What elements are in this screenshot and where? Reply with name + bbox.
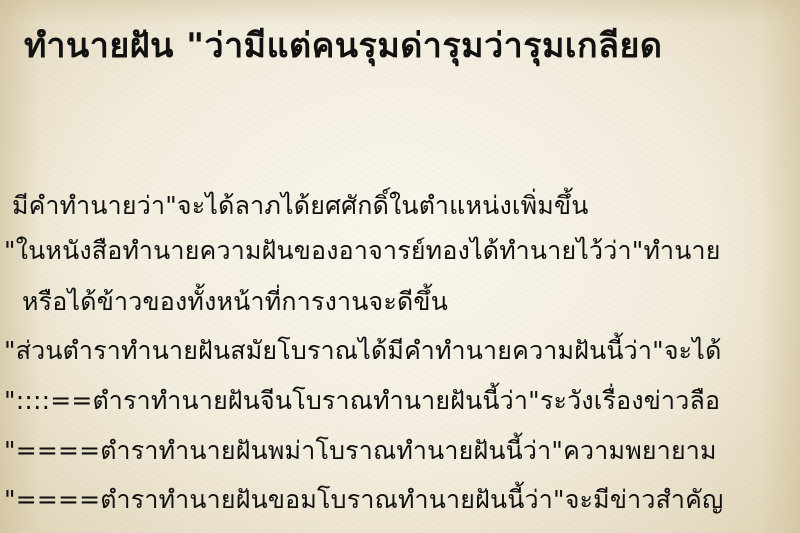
interpretation-line-1: มีคำทำนายว่า"จะได้ลาภได้ยศศักดิ์ในตำแหน่… [12, 188, 589, 224]
interpretation-line-5: "::::==ตำราทำนายฝันจีนโบราณทำนายฝันนี้ว่… [4, 383, 720, 419]
interpretation-line-2: "ในหนังสือทำนายความฝันของอาจารย์ทองได้ทำ… [4, 233, 721, 269]
interpretation-line-4: "ส่วนตำราทำนายฝันสมัยโบราณได้มีคำทำนายคว… [4, 333, 722, 369]
page-title: ทำนายฝัน "ว่ามีแต่คนรุมด่ารุมว่ารุมเกลีย… [24, 22, 662, 70]
paper-edge-right [760, 0, 800, 533]
interpretation-line-6: "====ตำราทำนายฝันพม่าโบราณทำนายฝันนี้ว่า… [4, 433, 717, 469]
interpretation-line-3: หรือได้ข้าวของทั้งหน้าที่การงานจะดีขึ้น [22, 284, 448, 320]
interpretation-line-7: "====ตำราทำนายฝันขอมโบราณทำนายฝันนี้ว่า"… [4, 482, 724, 518]
